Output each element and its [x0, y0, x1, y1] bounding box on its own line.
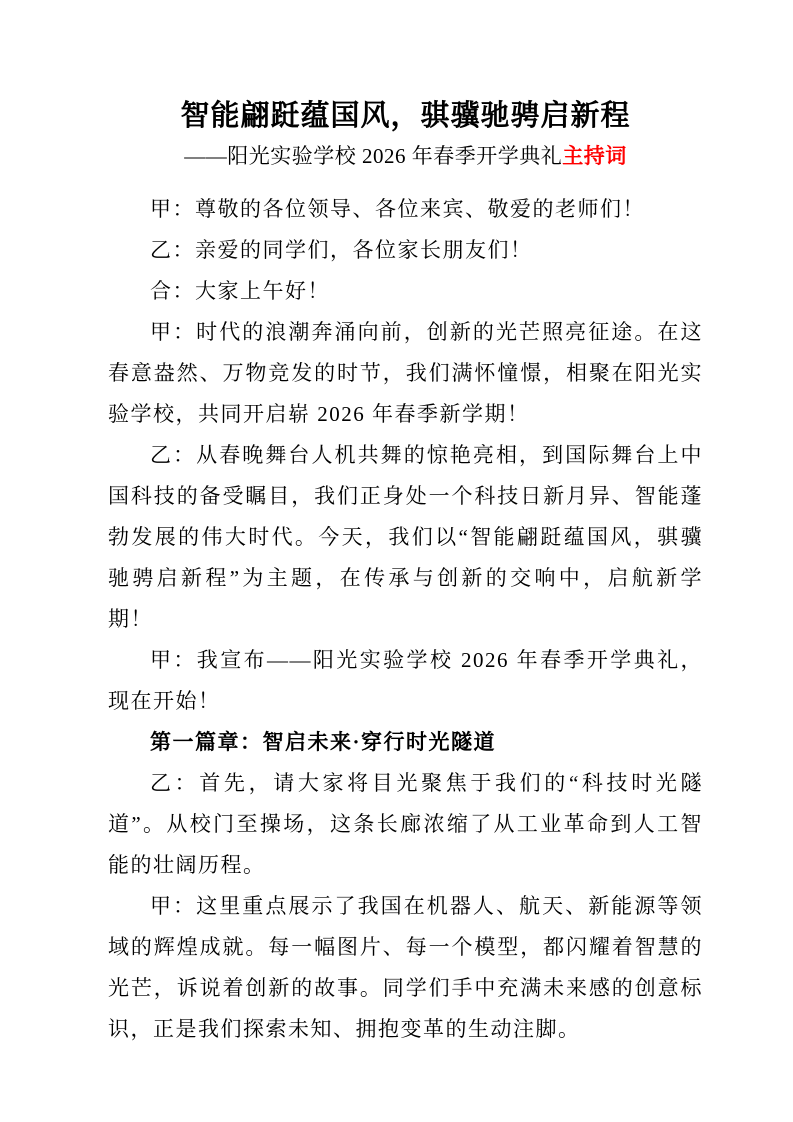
document-content: 智能翩跹蕴国风，骐骥驰骋启新程 ——阳光实验学校 2026 年春季开学典礼主持词…	[0, 0, 793, 1050]
paragraph-host-b-greeting: 乙：亲爱的同学们，各位家长朋友们！	[108, 230, 703, 271]
paragraph-achievements: 甲：这里重点展示了我国在机器人、航天、新能源等领域的辉煌成就。每一幅图片、每一个…	[108, 886, 703, 1050]
paragraph-declaration: 甲：我宣布——阳光实验学校 2026 年春季开学典礼，现在开始！	[108, 640, 703, 722]
document-page: 智能翩跹蕴国风，骐骥驰骋启新程 ——阳光实验学校 2026 年春季开学典礼主持词…	[0, 0, 793, 1122]
document-subtitle: ——阳光实验学校 2026 年春季开学典礼主持词	[108, 140, 703, 172]
subtitle-prefix: ——阳光实验学校 2026 年春季开学典礼	[184, 144, 562, 168]
paragraph-time-tunnel: 乙：首先，请大家将目光聚焦于我们的“科技时光隧道”。从校门至操场，这条长廊浓缩了…	[108, 763, 703, 886]
document-body: 甲：尊敬的各位领导、各位来宾、敬爱的老师们！ 乙：亲爱的同学们，各位家长朋友们！…	[108, 189, 703, 1050]
paragraph-joint-greeting: 合：大家上午好！	[108, 271, 703, 312]
paragraph-theme-intro: 乙：从春晚舞台人机共舞的惊艳亮相，到国际舞台上中国科技的备受瞩目，我们正身处一个…	[108, 435, 703, 640]
subtitle-highlight: 主持词	[562, 144, 627, 168]
paragraph-host-a-greeting: 甲：尊敬的各位领导、各位来宾、敬爱的老师们！	[108, 189, 703, 230]
paragraph-opening-remarks: 甲：时代的浪潮奔涌向前，创新的光芒照亮征途。在这春意盎然、万物竞发的时节，我们满…	[108, 312, 703, 435]
section-heading-chapter-1: 第一篇章：智启未来·穿行时光隧道	[108, 722, 703, 763]
document-title: 智能翩跹蕴国风，骐骥驰骋启新程	[108, 94, 703, 138]
